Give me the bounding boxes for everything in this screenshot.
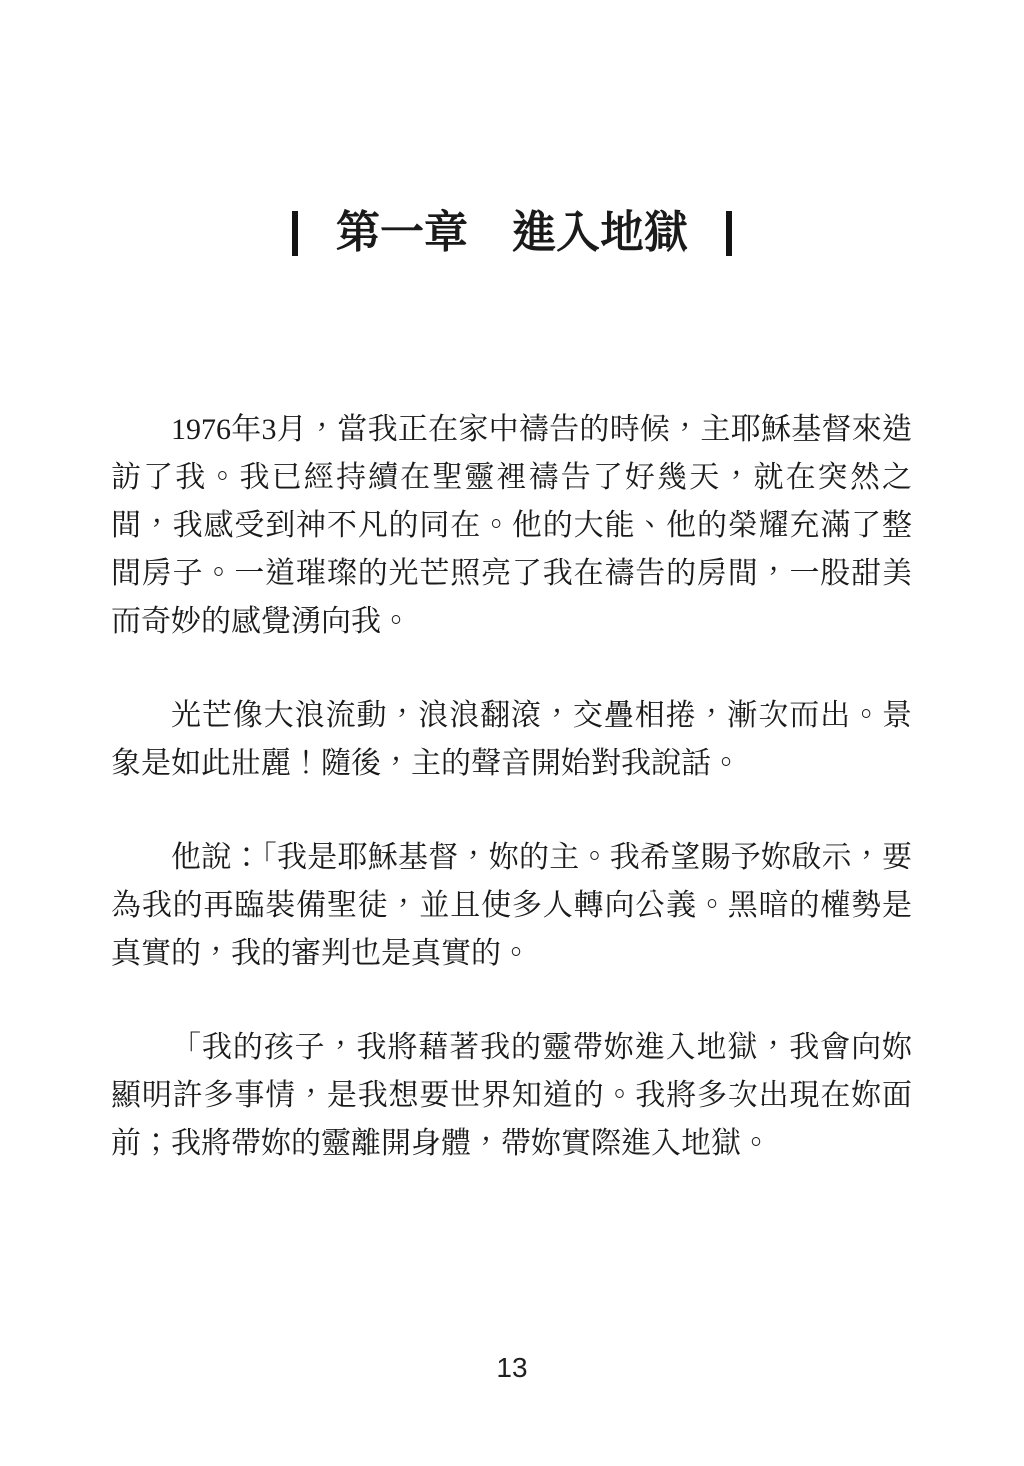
body-paragraph-4: 「我的孩子，我將藉著我的靈帶妳進入地獄，我會向妳顯明許多事情，是我想要世界知道的… [111, 1024, 912, 1168]
page-number: 13 [0, 1352, 1024, 1384]
title-right-bar-mark [726, 211, 732, 256]
body-text: 1976年3月，當我正在家中禱告的時候，主耶穌基督來造訪了我。我已經持續在聖靈裡… [111, 406, 912, 1214]
body-paragraph-3: 他說：「我是耶穌基督，妳的主。我希望賜予妳啟示，要為我的再臨裝備聖徒，並且使多人… [111, 834, 912, 978]
title-left-bar-mark [292, 211, 298, 256]
chapter-heading: 第一章 進入地獄 [0, 205, 1024, 261]
body-paragraph-1: 1976年3月，當我正在家中禱告的時候，主耶穌基督來造訪了我。我已經持續在聖靈裡… [111, 406, 912, 646]
chapter-title: 第一章 進入地獄 [336, 211, 688, 255]
body-paragraph-2: 光芒像大浪流動，浪浪翻滾，交疊相捲，漸次而出。景象是如此壯麗！隨後，主的聲音開始… [111, 692, 912, 788]
book-page: 第一章 進入地獄 1976年3月，當我正在家中禱告的時候，主耶穌基督來造訪了我。… [0, 0, 1024, 1466]
